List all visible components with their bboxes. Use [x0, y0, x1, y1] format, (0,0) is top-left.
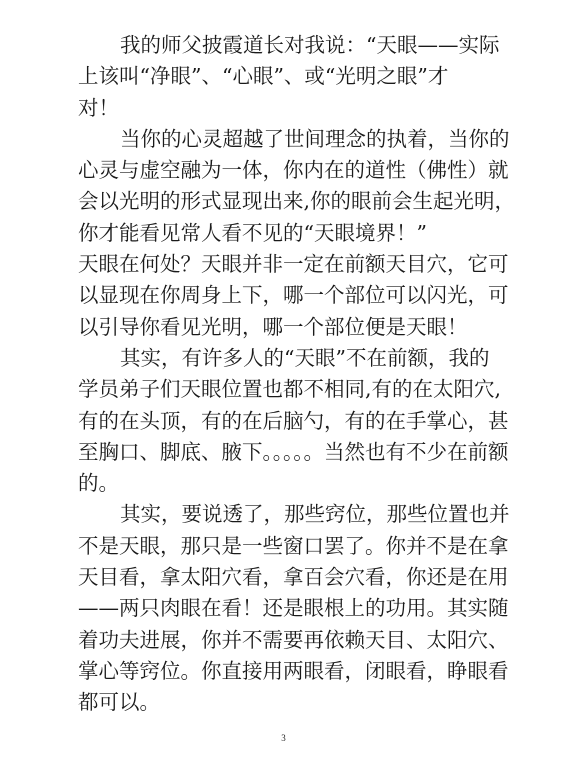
text-line: 天眼在何处？天眼并非一定在前额天目穴，它可 — [78, 249, 498, 280]
text-line: 至胸口、脚底、腋下。。。。。当然也有不少在前额 — [78, 437, 498, 468]
text-line: 都可以。 — [78, 687, 498, 718]
text-line: 你才能看见常人看不见的“天眼境界！” — [78, 218, 498, 249]
page-number: 3 — [0, 733, 567, 743]
text-line: 不是天眼，那只是一些窗口罢了。你并不是在拿 — [78, 531, 498, 562]
text-line: 当你的心灵超越了世间理念的执着，当你的 — [78, 124, 498, 155]
text-line: 以显现在你周身上下，哪一个部位可以闪光，可 — [78, 280, 498, 311]
text-line: ——两只肉眼在看！还是眼根上的功用。其实随 — [78, 593, 498, 624]
text-line: 掌心等窍位。你直接用两眼看，闭眼看，睁眼看 — [78, 656, 498, 687]
text-line: 有的在头顶，有的在后脑勺，有的在手掌心，甚 — [78, 406, 498, 437]
document-page: 我的师父披霞道长对我说：“天眼——实际 上该叫“净眼”、“心眼”、或“光明之眼”… — [0, 0, 567, 761]
text-line: 的。 — [78, 468, 498, 499]
text-line: 天目看，拿太阳穴看，拿百会穴看，你还是在用 — [78, 562, 498, 593]
text-line: 心灵与虚空融为一体，你内在的道性（佛性）就 — [78, 155, 498, 186]
text-line: 我的师父披霞道长对我说：“天眼——实际 — [78, 30, 498, 61]
text-line: 其实，要说透了，那些窍位，那些位置也并 — [78, 499, 498, 530]
text-line: 对！ — [78, 93, 498, 124]
text-line: 其实，有许多人的“天眼”不在前额，我的 — [78, 343, 498, 374]
text-line: 会以光明的形式显现出来,你的眼前会生起光明， — [78, 186, 498, 217]
page-body-text: 我的师父披霞道长对我说：“天眼——实际 上该叫“净眼”、“心眼”、或“光明之眼”… — [78, 30, 498, 719]
text-line: 上该叫“净眼”、“心眼”、或“光明之眼”才 — [78, 61, 498, 92]
text-line: 以引导你看见光明，哪一个部位便是天眼！ — [78, 312, 498, 343]
text-line: 学员弟子们天眼位置也都不相同,有的在太阳穴, — [78, 374, 498, 405]
text-line: 着功夫进展，你并不需要再依赖天目、太阳穴、 — [78, 625, 498, 656]
